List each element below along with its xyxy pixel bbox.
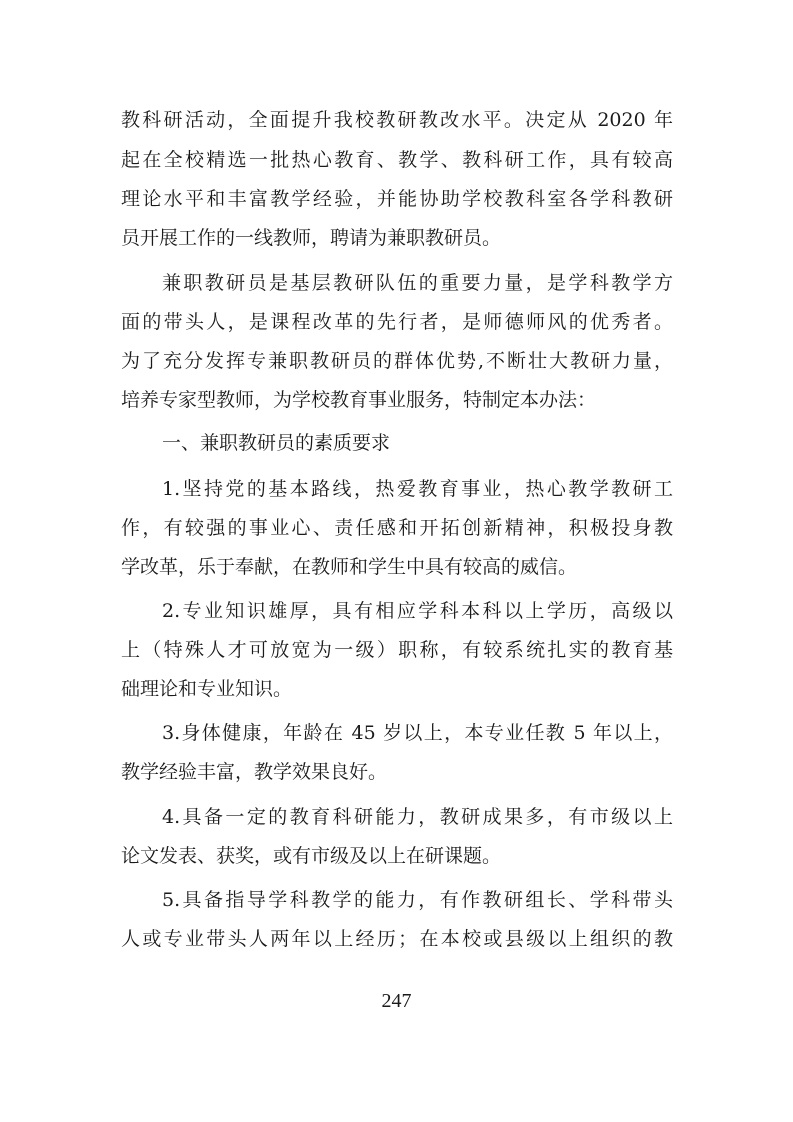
text-line: 论文发表、获奖，或有市级及以上在研课题。 (121, 843, 673, 869)
text-line: 1.坚持党的基本路线，热爱教育事业，热心教学教研工 (162, 476, 673, 502)
document-page: 教科研活动，全面提升我校教研教改水平。决定从 2020 年 起在全校精选一批热心… (0, 0, 793, 1122)
text-line: 础理论和专业知识。 (121, 676, 673, 702)
text-line: 上（特殊人才可放宽为一级）职称，有较系统扎实的教育基 (121, 637, 673, 663)
text-line: 教学经验丰富，教学效果良好。 (121, 759, 673, 785)
text-line: 培养专家型教师，为学校教育事业服务，特制定本办法： (121, 387, 673, 413)
text-line: 2.专业知识雄厚，具有相应学科本科以上学历，高级以 (162, 598, 673, 624)
text-line: 作，有较强的事业心、责任感和开拓创新精神，积极投身教 (121, 515, 673, 541)
text-line: 面的带头人，是课程改革的先行者，是师德师风的优秀者。 (121, 309, 673, 335)
text-line: 4.具备一定的教育科研能力，教研成果多，有市级以上 (162, 804, 673, 830)
text-line: 人或专业带头人两年以上经历；在本校或县级以上组织的教 (121, 926, 673, 952)
text-line: 3.身体健康，年龄在 45 岁以上，本专业任教 5 年以上， (162, 720, 673, 746)
page-number: 247 (0, 988, 793, 1014)
text-line: 起在全校精选一批热心教育、教学、教科研工作，具有较高 (121, 147, 673, 173)
heading-line: 一、兼职教研员的素质要求 (162, 430, 673, 456)
text-line: 员开展工作的一线教师，聘请为兼职教研员。 (121, 225, 673, 251)
text-line: 理论水平和丰富教学经验，并能协助学校教科室各学科教研 (121, 186, 673, 212)
text-line: 为了充分发挥专兼职教研员的群体优势,不断壮大教研力量， (121, 348, 673, 374)
text-line: 5.具备指导学科教学的能力，有作教研组长、学科带头 (162, 887, 673, 913)
text-line: 教科研活动，全面提升我校教研教改水平。决定从 2020 年 (121, 107, 673, 133)
text-line: 学改革，乐于奉献，在教师和学生中具有较高的威信。 (121, 554, 673, 580)
text-line: 兼职教研员是基层教研队伍的重要力量，是学科教学方 (162, 270, 673, 296)
